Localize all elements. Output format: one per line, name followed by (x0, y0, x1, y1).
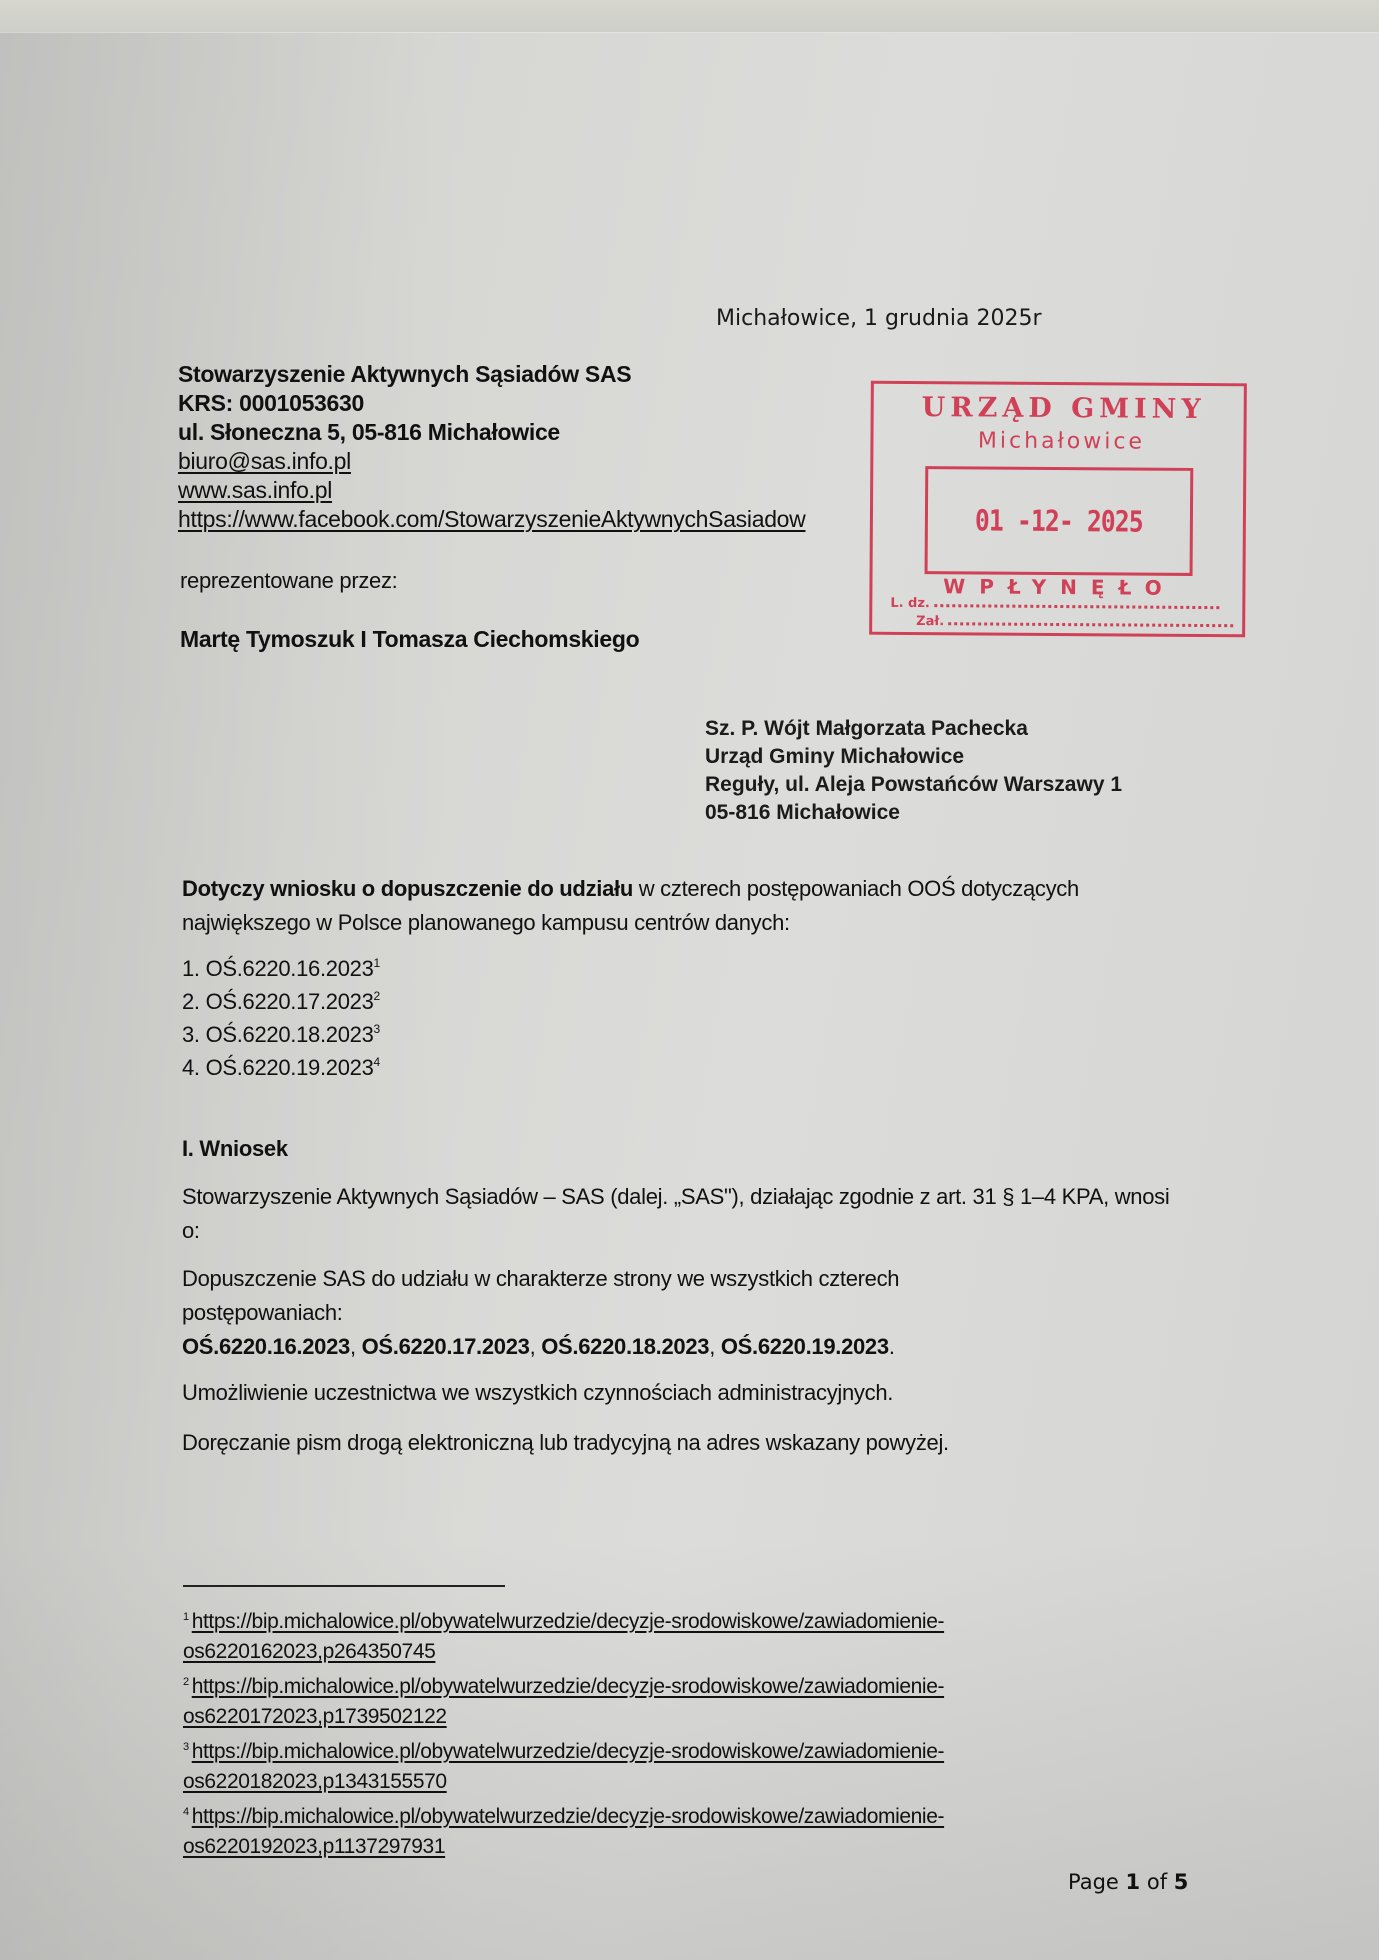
stamp-field-zal-label: Zał. (916, 614, 944, 629)
page-label: Page (1068, 1870, 1119, 1894)
footnote-link[interactable]: https://bip.michalowice.pl/obywatelwurze… (183, 1675, 944, 1728)
sender-name: Stowarzyszenie Aktywnych Sąsiadów SAS (178, 360, 805, 389)
sender-website-link[interactable]: www.sas.info.pl (178, 477, 332, 503)
footnote-link-line2[interactable]: os6220162023,p264350745 (183, 1640, 435, 1663)
footnote: 4https://bip.michalowice.pl/obywatelwurz… (183, 1797, 1143, 1862)
addressee-line: Sz. P. Wójt Małgorzata Pachecka (705, 715, 1122, 743)
footnote-link-line1[interactable]: https://bip.michalowice.pl/obywatelwurze… (192, 1675, 944, 1698)
subject-line: Dotyczy wniosku o dopuszczenie do udział… (182, 872, 1132, 940)
sender-email-link[interactable]: biuro@sas.info.pl (178, 448, 351, 474)
addressee-line: 05-816 Michałowice (705, 799, 1122, 827)
paper-edge (0, 0, 1379, 33)
footnote: 2https://bip.michalowice.pl/obywatelwurz… (183, 1667, 1143, 1732)
footnote-number: 1 (183, 1611, 189, 1623)
addressee-line: Reguły, ul. Aleja Powstańców Warszawy 1 (705, 771, 1122, 799)
case-item: 2. OŚ.6220.17.20232 (182, 985, 380, 1018)
footnote: 1https://bip.michalowice.pl/obywatelwurz… (183, 1602, 1143, 1667)
case-ref: OŚ.6220.16.2023 (206, 956, 374, 981)
footnote-ref[interactable]: 1 (374, 956, 380, 970)
sender-facebook-link[interactable]: https://www.facebook.com/StowarzyszenieA… (178, 506, 805, 532)
representatives: Martę Tymoszuk I Tomasza Ciechomskiego (180, 626, 639, 653)
footnote-link-line2[interactable]: os6220192023,p1137297931 (183, 1835, 445, 1858)
footnote-link-line1[interactable]: https://bip.michalowice.pl/obywatelwurze… (192, 1740, 944, 1763)
intro-paragraph: Stowarzyszenie Aktywnych Sąsiadów – SAS … (182, 1180, 1192, 1248)
footnote-link-line1[interactable]: https://bip.michalowice.pl/obywatelwurze… (192, 1805, 944, 1828)
case-number: 3. (182, 1022, 200, 1047)
case-number: 2. (182, 989, 200, 1014)
admission-text: Dopuszczenie SAS do udziału w charakterz… (182, 1262, 1042, 1330)
admission-paragraph: Dopuszczenie SAS do udziału w charakterz… (182, 1262, 1192, 1364)
footnote-number: 4 (183, 1806, 189, 1818)
footnote-separator (183, 1585, 505, 1587)
received-stamp: URZĄD GMINY Michałowice 01 -12- 2025 WPŁ… (869, 381, 1247, 638)
case-item: 4. OŚ.6220.19.20234 (182, 1051, 380, 1084)
participation-paragraph: Umożliwienie uczestnictwa we wszystkich … (182, 1376, 1192, 1410)
addressee-line: Urząd Gminy Michałowice (705, 743, 1122, 771)
place-date: Michałowice, 1 grudnia 2025r (716, 306, 1042, 331)
case-ref: OŚ.6220.18.2023 (541, 1334, 709, 1359)
footnote-link[interactable]: https://bip.michalowice.pl/obywatelwurze… (183, 1805, 944, 1858)
case-ref: OŚ.6220.16.2023 (182, 1334, 350, 1359)
case-item: 1. OŚ.6220.16.20231 (182, 952, 380, 985)
footnote-link-line1[interactable]: https://bip.michalowice.pl/obywatelwurze… (192, 1610, 944, 1633)
footnote-number: 2 (183, 1676, 189, 1688)
page-number: Page 1 of 5 (1068, 1870, 1188, 1894)
case-number: 1. (182, 956, 200, 981)
footnotes: 1https://bip.michalowice.pl/obywatelwurz… (183, 1602, 1143, 1862)
case-list: 1. OŚ.6220.16.20231 2. OŚ.6220.17.20232 … (182, 952, 380, 1084)
section-heading: I. Wniosek (182, 1136, 288, 1162)
case-ref: OŚ.6220.18.2023 (206, 1022, 374, 1047)
page-total: 5 (1174, 1870, 1189, 1894)
case-number: 4. (182, 1055, 200, 1080)
sender-address: ul. Słoneczna 5, 05-816 Michałowice (178, 418, 805, 447)
footnote-ref[interactable]: 3 (374, 1022, 380, 1036)
subject-bold: Dotyczy wniosku o dopuszczenie do udział… (182, 876, 633, 901)
stamp-dotted-line (934, 596, 1219, 609)
footnote-ref[interactable]: 2 (374, 989, 380, 1003)
footnote-link[interactable]: https://bip.michalowice.pl/obywatelwurze… (183, 1610, 944, 1663)
admission-refs: OŚ.6220.16.2023, OŚ.6220.17.2023, OŚ.622… (182, 1330, 1192, 1364)
case-ref: OŚ.6220.19.2023 (206, 1055, 374, 1080)
footnote-link[interactable]: https://bip.michalowice.pl/obywatelwurze… (183, 1740, 944, 1793)
stamp-place: Michałowice (873, 428, 1249, 456)
case-ref: OŚ.6220.17.2023 (362, 1334, 530, 1359)
case-ref: OŚ.6220.19.2023 (721, 1334, 889, 1359)
represented-by-label: reprezentowane przez: (180, 568, 398, 594)
page-current: 1 (1126, 1870, 1141, 1894)
addressee-block: Sz. P. Wójt Małgorzata Pachecka Urząd Gm… (705, 715, 1122, 827)
case-ref: OŚ.6220.17.2023 (206, 989, 374, 1014)
delivery-paragraph: Doręczanie pism drogą elektroniczną lub … (182, 1426, 1192, 1460)
stamp-date: 01 -12- 2025 (947, 503, 1170, 539)
stamp-field-ldz-label: L. dz. (890, 596, 930, 611)
stamp-title: URZĄD GMINY (894, 392, 1234, 425)
sender-krs: KRS: 0001053630 (178, 389, 805, 418)
case-item: 3. OŚ.6220.18.20233 (182, 1018, 380, 1051)
footnote: 3https://bip.michalowice.pl/obywatelwurz… (183, 1732, 1143, 1797)
stamp-dotted-line (948, 614, 1233, 627)
stamp-field-zal: Zał. (916, 614, 1233, 631)
footnote-number: 3 (183, 1741, 189, 1753)
stamp-date-box: 01 -12- 2025 (925, 466, 1194, 576)
page-of: of (1147, 1870, 1167, 1894)
sender-block: Stowarzyszenie Aktywnych Sąsiadów SAS KR… (178, 360, 805, 534)
stamp-field-ldz: L. dz. (890, 596, 1219, 613)
footnote-link-line2[interactable]: os6220172023,p1739502122 (183, 1705, 447, 1728)
footnote-link-line2[interactable]: os6220182023,p1343155570 (183, 1770, 447, 1793)
footnote-ref[interactable]: 4 (374, 1055, 380, 1069)
